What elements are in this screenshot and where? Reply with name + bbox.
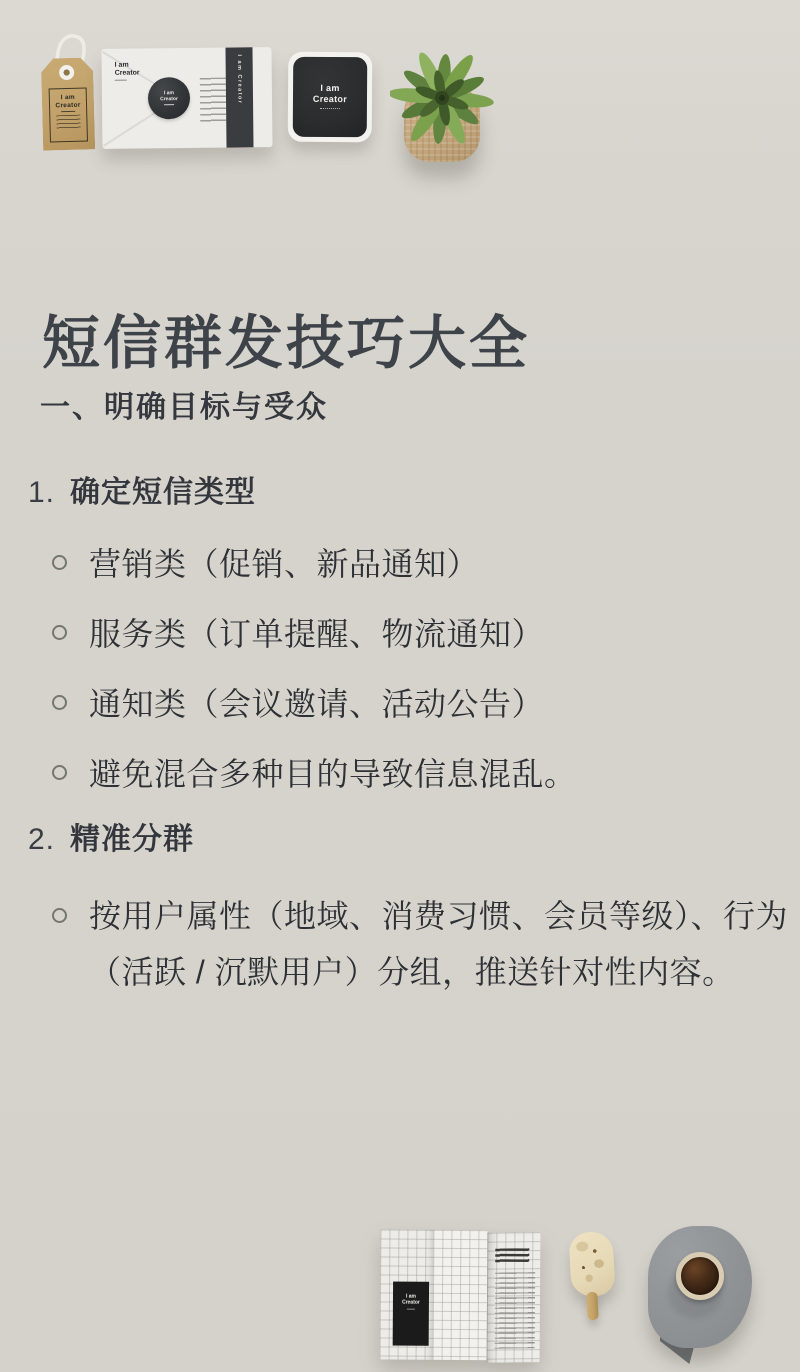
list-item-label: 确定短信类型 xyxy=(70,476,256,509)
list-item-number: 1. xyxy=(28,474,55,511)
envelope-band: I am Creator xyxy=(225,47,253,147)
brochure-panel-middle xyxy=(433,1230,487,1360)
card-face: I am Creator xyxy=(293,57,368,138)
bullet-item: 按用户属性（地域、消费习惯、会员等级）、行为（活跃 / 沉默用户）分组，推送针对… xyxy=(28,888,790,1000)
brand-line2: Creator xyxy=(115,69,140,76)
brand-line2: Creator xyxy=(393,1300,429,1306)
bullet-text: 通知类（会议邀请、活动公告） xyxy=(89,681,544,727)
brand-line1: I am xyxy=(61,94,75,101)
potted-plant-photo xyxy=(390,34,494,190)
bullet-circle-icon xyxy=(52,555,67,570)
brochure-panel-left: I am Creator xyxy=(380,1229,434,1359)
brand-text: I am Creator xyxy=(50,89,87,110)
trifold-brochure-mockup: I am Creator xyxy=(380,1229,541,1360)
envelope-mockup: I am Creator I am Creator I am Creator xyxy=(101,47,272,149)
greeked-text-lines xyxy=(200,78,226,122)
divider xyxy=(407,1309,415,1310)
bullet-text: 按用户属性（地域、消费习惯、会员等级）、行为（活跃 / 沉默用户）分组，推送针对… xyxy=(89,888,790,1000)
popsicle-body xyxy=(568,1231,615,1297)
brand-line1: I am xyxy=(115,62,129,69)
brand-line2: Creator xyxy=(55,101,80,109)
brochure-panel-right xyxy=(486,1232,540,1363)
brand-line1: I am xyxy=(293,83,367,95)
plant-leaves xyxy=(390,34,494,190)
tag-hole-icon xyxy=(59,65,74,80)
brochure-cover-block: I am Creator xyxy=(393,1282,429,1346)
square-card-mockup: I am Creator xyxy=(288,52,373,143)
greeked-text-lines xyxy=(56,115,80,130)
bullet-item: 通知类（会议邀请、活动公告） xyxy=(28,681,790,751)
list-item-number: 2. xyxy=(28,821,55,858)
popsicle-stick xyxy=(586,1292,598,1321)
bullet-text: 避免混合多种目的导致信息混乱。 xyxy=(89,751,577,797)
popsicle-photo xyxy=(564,1232,620,1328)
page-title: 短信群发技巧大全 xyxy=(42,311,530,377)
bullet-text: 营销类（促销、新品通知） xyxy=(89,541,479,587)
bullet-item: 避免混合多种目的导致信息混乱。 xyxy=(28,751,790,821)
greeked-heading-lines xyxy=(495,1248,529,1262)
bullet-circle-icon xyxy=(52,625,67,640)
bullet-item: 营销类（促销、新品通知） xyxy=(28,541,790,611)
brand-line2: Creator xyxy=(148,96,190,102)
divider xyxy=(115,80,127,81)
outline-list: 1.确定短信类型营销类（促销、新品通知）服务类（订单提醒、物流通知）通知类（会议… xyxy=(28,474,790,1006)
tag-label-panel: I am Creator xyxy=(49,88,88,143)
bullet-circle-icon xyxy=(52,695,67,710)
paper-roll-with-coffee xyxy=(646,1224,756,1366)
list-item-heading: 1.确定短信类型 xyxy=(28,474,790,511)
brand-text: I am Creator xyxy=(115,61,140,80)
bullet-circle-icon xyxy=(52,908,67,923)
section-heading: 一、明确目标与受众 xyxy=(40,391,328,425)
bullet-item: 服务类（订单提醒、物流通知） xyxy=(28,611,790,681)
list-item-label: 精准分群 xyxy=(70,823,194,856)
divider xyxy=(61,111,75,112)
brand-line2: Creator xyxy=(293,94,367,106)
divider xyxy=(320,108,340,109)
divider xyxy=(164,104,174,105)
coffee-cup-top-view xyxy=(676,1252,724,1300)
greeked-text-lines xyxy=(494,1272,535,1348)
list-item-heading: 2.精准分群 xyxy=(28,821,790,858)
tag-body: I am Creator xyxy=(41,57,95,150)
gift-tag-mockup: I am Creator xyxy=(34,26,104,154)
bullet-text: 服务类（订单提醒、物流通知） xyxy=(89,611,544,657)
brand-sticker: I am Creator xyxy=(148,77,190,119)
bullet-circle-icon xyxy=(52,765,67,780)
brand-text-vertical: I am Creator xyxy=(236,54,243,147)
